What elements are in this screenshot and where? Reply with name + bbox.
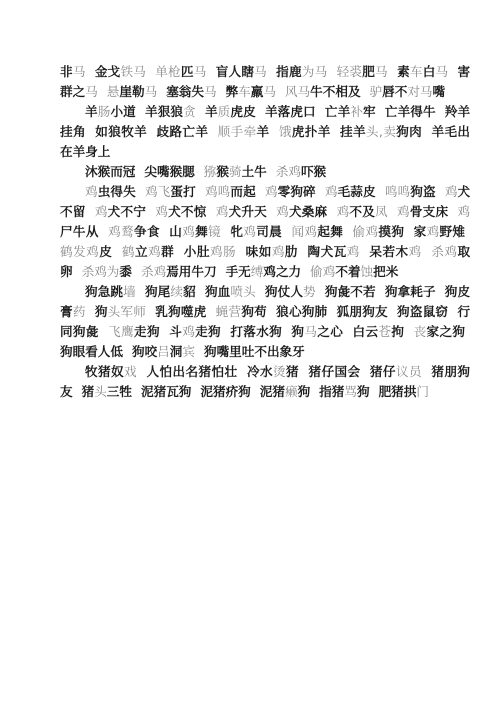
idiom-segment: 黍	[119, 264, 132, 279]
idiom-phrase: 指鹿为马	[276, 64, 327, 79]
idiom-segment: 牧猪奴	[85, 364, 124, 379]
idiom-phrase: 狗血喷头	[205, 284, 256, 299]
paragraph-chicken-idioms: 鸡虫得失 鸡飞蛋打 鸡鸣而起 鸡零狗碎 鸡毛蒜皮 鸣鸣狗盗 鸡犬不留 鸡犬不宁 …	[60, 182, 470, 282]
idiom-segment: 车	[238, 84, 251, 99]
idiom-segment: 烫	[273, 364, 286, 379]
idiom-segment: 家之狗	[427, 324, 465, 339]
idiom-document: 非马 金戈铁马 单枪匹马 盲人瞎马 指鹿为马 轻裘肥马 素车白马 害群之马 悬崖…	[60, 62, 470, 402]
idiom-segment: 狗	[298, 384, 311, 399]
idiom-segment: 鸡之力	[263, 264, 301, 279]
idiom-segment: 素	[397, 64, 410, 79]
idiom-segment: 鸡	[427, 224, 440, 239]
idiom-phrase: 白云苍拘	[353, 324, 405, 339]
idiom-phrase: 鸡犬升天	[216, 204, 267, 219]
idiom-segment: 杀鸡	[276, 164, 301, 179]
idiom-phrase: 狗盗鼠窃	[397, 304, 448, 319]
idiom-phrase: 风马牛不相及	[285, 84, 361, 99]
idiom-segment: 狗咬	[132, 344, 157, 359]
idiom-segment: 苍	[378, 324, 391, 339]
idiom-phrase: 偷鸡摸狗	[353, 224, 405, 239]
idiom-phrase: 冷水烫猪	[247, 364, 299, 379]
idiom-phrase: 斗鸡走狗	[169, 324, 221, 339]
idiom-phrase: 塞翁失马	[166, 84, 216, 99]
idiom-phrase: 轻裘肥马	[337, 64, 388, 79]
idiom-phrase: 小肚鸡肠	[184, 244, 236, 259]
idiom-segment: 鸡	[397, 204, 410, 219]
idiom-segment: 泥猪	[260, 384, 285, 399]
idiom-phrase: 悬崖勒马	[107, 84, 157, 99]
idiom-phrase: 泥猪疥狗	[200, 384, 250, 399]
idiom-segment: 鸡	[243, 224, 256, 239]
idiom-segment: 乳狗噬虎	[155, 304, 206, 319]
idiom-phrase: 呆若木鸡	[369, 244, 421, 259]
idiom-phrase: 金戈铁马	[95, 64, 146, 79]
idiom-segment: 吕	[157, 344, 170, 359]
idiom-phrase: 挂羊头,卖狗肉	[340, 124, 422, 139]
idiom-segment: 缚	[251, 264, 264, 279]
idiom-segment: 狗苟	[241, 304, 267, 319]
idiom-segment: 头军师	[108, 304, 146, 319]
idiom-segment: 鸡	[148, 244, 161, 259]
idiom-segment: 鹤	[122, 244, 135, 259]
idiom-segment: 补	[350, 104, 363, 119]
idiom-segment: 马	[194, 64, 207, 79]
idiom-segment: 鸡	[325, 184, 338, 199]
idiom-segment: 头,卖	[366, 124, 396, 139]
idiom-segment: 鸣鸣	[385, 184, 410, 199]
idiom-phrase: 狗仗人势	[265, 284, 316, 299]
idiom-phrase: 饿虎扑羊	[279, 124, 331, 139]
idiom-segment: 味如	[246, 244, 272, 259]
idiom-segment: 马	[304, 324, 317, 339]
idiom-segment: 鸡鸣	[205, 184, 230, 199]
idiom-phrase: 鸡犬桑麻	[276, 204, 327, 219]
idiom-phrase: 鸡骨支床	[397, 204, 448, 219]
idiom-segment: 鸡鹜	[108, 224, 134, 239]
idiom-segment: 犬不惊	[168, 204, 206, 219]
idiom-segment: 狗急跳	[85, 284, 123, 299]
idiom-segment: 马	[263, 84, 276, 99]
idiom-segment: 毛蒜皮	[338, 184, 376, 199]
idiom-segment: 貂	[183, 284, 196, 299]
idiom-phrase: 山鸡舞镜	[169, 224, 221, 239]
idiom-phrase: 肥猪拱门	[379, 384, 429, 399]
idiom-segment: 鸡	[445, 184, 458, 199]
idiom-segment: 立	[135, 244, 148, 259]
idiom-segment: 驴	[370, 84, 383, 99]
idiom-segment: 斗	[169, 324, 182, 339]
idiom-segment: 把米	[373, 264, 398, 279]
idiom-segment: 嘴	[433, 84, 446, 99]
idiom-phrase: 狗彘不若	[325, 284, 376, 299]
idiom-segment: 三牲	[107, 384, 132, 399]
idiom-phrase: 狗咬吕洞宾	[132, 344, 195, 359]
idiom-phrase: 狗尾续貂	[145, 284, 196, 299]
idiom-segment: 焉用牛刀	[166, 264, 216, 279]
idiom-segment: 狗嘴里吐不出象牙	[204, 344, 305, 359]
idiom-phrase: 羊肠小道	[85, 104, 136, 119]
idiom-phrase: 家鸡野雉	[414, 224, 465, 239]
idiom-segment: 羊落虎口	[265, 104, 316, 119]
idiom-segment: 打落水狗	[230, 324, 282, 339]
idiom-segment: 铁马	[120, 64, 146, 79]
idiom-segment: 狗	[291, 324, 304, 339]
idiom-segment: 匹	[181, 64, 194, 79]
paragraph-monkey-idioms: 沐猴而冠 尖嘴猴腮 猕猴骑土牛 杀鸡吓猴	[60, 162, 470, 182]
idiom-phrase: 沐猴而冠	[85, 164, 135, 179]
idiom-segment: 宾	[182, 344, 195, 359]
idiom-segment: 泥猪疥狗	[200, 384, 250, 399]
idiom-segment: 群	[161, 244, 174, 259]
idiom-segment: 鸡	[155, 204, 168, 219]
idiom-segment: 鸡	[216, 204, 229, 219]
idiom-phrase: 鸡零狗碎	[265, 184, 316, 199]
idiom-segment: 狗拿耗子	[385, 284, 436, 299]
idiom-segment: 而起	[230, 184, 255, 199]
paragraph-dog-idioms: 狗急跳墙 狗尾续貂 狗血喷头 狗仗人势 狗彘不若 狗拿耗子 狗皮膏药 狗头军师 …	[60, 282, 470, 362]
idiom-phrase: 羊落虎口	[265, 104, 316, 119]
idiom-phrase: 亡羊得牛	[385, 104, 436, 119]
idiom-segment: 小肚	[184, 244, 210, 259]
idiom-phrase: 杀鸡焉用牛刀	[141, 264, 217, 279]
idiom-segment: 质	[218, 104, 231, 119]
idiom-segment: 癞	[285, 384, 298, 399]
idiom-segment: 冷水	[247, 364, 273, 379]
idiom-phrase: 素车白马	[397, 64, 448, 79]
idiom-segment: 司晨	[256, 224, 282, 239]
idiom-segment: 弊	[226, 84, 239, 99]
idiom-segment: 马	[436, 64, 449, 79]
idiom-phrase: 猪仔国会	[308, 364, 360, 379]
idiom-phrase: 牧猪奴戏	[85, 364, 137, 379]
idiom-segment: 挂羊	[340, 124, 366, 139]
idiom-segment: 泥猪瓦狗	[141, 384, 191, 399]
idiom-segment: 羸	[251, 84, 264, 99]
idiom-segment: 亡羊	[325, 104, 350, 119]
idiom-phrase: 猪头三牲	[82, 384, 132, 399]
idiom-phrase: 顺手牵羊	[218, 124, 270, 139]
idiom-segment: 鹤发鸡	[60, 244, 99, 259]
idiom-segment: 犬不宁	[108, 204, 146, 219]
idiom-segment: 马	[145, 84, 158, 99]
idiom-segment: 塞翁失	[166, 84, 204, 99]
idiom-segment: 头	[94, 384, 107, 399]
idiom-segment: 杀鸡	[141, 264, 166, 279]
idiom-segment: 狗彘不若	[325, 284, 376, 299]
idiom-segment: 狗血	[205, 284, 230, 299]
idiom-phrase: 歧路亡羊	[156, 124, 208, 139]
idiom-segment: 狗盗鼠窃	[397, 304, 448, 319]
idiom-phrase: 狐朋狗友	[337, 304, 388, 319]
idiom-segment: 犬桑麻	[289, 204, 327, 219]
idiom-segment: 鸡	[85, 184, 98, 199]
idiom-segment: 金戈	[95, 64, 121, 79]
idiom-segment: 鸡	[276, 204, 289, 219]
idiom-segment: 飞鹰	[108, 324, 134, 339]
idiom-phrase: 乳狗噬虎	[155, 304, 206, 319]
idiom-phrase: 羊狠狼贪	[145, 104, 196, 119]
idiom-segment: 风马	[285, 84, 310, 99]
idiom-phrase: 盲人瞎马	[216, 64, 267, 79]
idiom-segment: 墙	[123, 284, 136, 299]
idiom-phrase: 杀鸡为黍	[82, 264, 132, 279]
idiom-segment: 如狼牧羊	[95, 124, 147, 139]
idiom-segment: 续	[170, 284, 183, 299]
idiom-segment: 猪仔	[370, 364, 396, 379]
idiom-segment: 药	[73, 304, 86, 319]
idiom-segment: 沐猴而冠	[85, 164, 135, 179]
idiom-segment: 羊	[257, 124, 270, 139]
idiom-segment: 顺手牵	[218, 124, 257, 139]
idiom-segment: 虫得失	[98, 184, 136, 199]
idiom-segment: 狐朋狗友	[337, 304, 388, 319]
idiom-segment: 猪	[82, 384, 95, 399]
idiom-segment: 鸡	[265, 184, 278, 199]
idiom-segment: 舞	[195, 224, 208, 239]
idiom-segment: 山	[169, 224, 182, 239]
idiom-phrase: 鸡不及凤	[337, 204, 388, 219]
idiom-segment: 鸡飞	[145, 184, 170, 199]
idiom-segment: 鸡	[457, 204, 470, 219]
idiom-segment: 狗仗人	[265, 284, 303, 299]
idiom-segment: 牢	[363, 104, 376, 119]
idiom-segment: 狗	[357, 384, 370, 399]
idiom-segment: 起舞	[317, 224, 343, 239]
paragraph-horse-idioms: 非马 金戈铁马 单枪匹马 盲人瞎马 指鹿为马 轻裘肥马 素车白马 害群之马 悬崖…	[60, 62, 470, 102]
idiom-segment: 为马	[302, 64, 328, 79]
idiom-phrase: 鸡鸣而起	[205, 184, 256, 199]
idiom-segment: 家	[414, 224, 427, 239]
idiom-segment: 猪仔国会	[308, 364, 360, 379]
idiom-phrase: 狗马之心	[291, 324, 343, 339]
idiom-segment: 对马	[407, 84, 432, 99]
idiom-segment: 猕	[204, 164, 217, 179]
idiom-segment: 不及	[349, 204, 375, 219]
idiom-segment: 势	[303, 284, 316, 299]
idiom-phrase: 单枪匹马	[155, 64, 206, 79]
idiom-phrase: 味如鸡肋	[246, 244, 298, 259]
idiom-segment: 尖嘴猴腮	[144, 164, 194, 179]
idiom-segment: 白	[423, 64, 436, 79]
idiom-phrase: 鹤立鸡群	[122, 244, 174, 259]
idiom-phrase: 狗头军师	[95, 304, 146, 319]
idiom-segment: 马	[254, 64, 267, 79]
idiom-segment: 马	[204, 84, 217, 99]
idiom-segment: 饿	[279, 124, 292, 139]
idiom-segment: 零狗碎	[278, 184, 316, 199]
idiom-segment: 狗	[95, 304, 108, 319]
idiom-segment: 羊	[85, 104, 98, 119]
idiom-segment: 鸡	[409, 244, 422, 259]
idiom-segment: 偷鸡	[310, 264, 335, 279]
idiom-phrase: 飞鹰走狗	[108, 324, 160, 339]
idiom-segment: 骨支床	[410, 204, 448, 219]
idiom-segment: 鸡	[272, 244, 285, 259]
idiom-phrase: 鸡毛蒜皮	[325, 184, 376, 199]
idiom-segment: 喷头	[230, 284, 255, 299]
idiom-segment: 拘	[391, 324, 404, 339]
idiom-segment: 单枪	[155, 64, 181, 79]
idiom-segment: 崖勒	[119, 84, 144, 99]
idiom-segment: 蛋打	[170, 184, 195, 199]
idiom-segment: 走狗	[195, 324, 221, 339]
idiom-segment: 杀鸡为	[82, 264, 120, 279]
idiom-phrase: 鹤发鸡皮	[60, 244, 112, 259]
idiom-segment: 人怕出名猪怕壮	[146, 364, 237, 379]
idiom-segment: 牛不相及	[310, 84, 360, 99]
idiom-segment: 陶犬瓦	[308, 244, 347, 259]
idiom-segment: 歧路亡羊	[156, 124, 208, 139]
idiom-segment: 盲人瞎	[216, 64, 254, 79]
idiom-phrase: 泥猪癞狗	[260, 384, 310, 399]
idiom-phrase: 打落水狗	[230, 324, 282, 339]
idiom-segment: 狼心狗肺	[276, 304, 327, 319]
idiom-phrase: 偷鸡不着蚀把米	[310, 264, 398, 279]
idiom-segment: 土牛	[242, 164, 267, 179]
idiom-segment: 门	[416, 384, 429, 399]
idiom-phrase: 如狼牧羊	[95, 124, 147, 139]
idiom-phrase: 狗急跳墙	[85, 284, 136, 299]
idiom-phrase: 狼心狗肺	[276, 304, 327, 319]
idiom-segment: 鸡肠	[210, 244, 236, 259]
idiom-segment: 唇不	[382, 84, 407, 99]
idiom-phrase: 鸡犬不惊	[155, 204, 206, 219]
idiom-phrase: 手无缚鸡之力	[226, 264, 302, 279]
idiom-segment: 狗盗	[410, 184, 435, 199]
idiom-segment: 丧	[414, 324, 427, 339]
idiom-segment: 戏	[124, 364, 137, 379]
paragraph-sheep-idioms: 羊肠小道 羊狠狼贪 羊质虎皮 羊落虎口 亡羊补牢 亡羊得牛 羚羊挂角 如狼牧羊 …	[60, 102, 470, 162]
idiom-segment: 闻鸡	[291, 224, 317, 239]
idiom-segment: 狗肉	[396, 124, 422, 139]
idiom-segment: 肥	[362, 64, 375, 79]
idiom-segment: 悬	[107, 84, 120, 99]
idiom-segment: 镜	[208, 224, 221, 239]
idiom-segment: 车	[410, 64, 423, 79]
idiom-segment: 贪	[183, 104, 196, 119]
idiom-segment: 羊	[205, 104, 218, 119]
idiom-segment: 骂	[344, 384, 357, 399]
idiom-segment: 鸡	[347, 244, 360, 259]
idiom-segment: 指鹿	[276, 64, 302, 79]
idiom-phrase: 丧家之狗	[414, 324, 465, 339]
idiom-segment: 马	[375, 64, 388, 79]
idiom-segment: 肋	[285, 244, 298, 259]
idiom-segment: 猪	[286, 364, 299, 379]
idiom-phrase: 杀鸡吓猴	[276, 164, 326, 179]
idiom-phrase: 猕猴骑土牛	[204, 164, 267, 179]
idiom-segment: 杀鸡	[431, 244, 457, 259]
idiom-phrase: 狗拿耗子	[385, 284, 436, 299]
idiom-phrase: 蝇营狗苟	[216, 304, 267, 319]
idiom-segment: 争食	[134, 224, 160, 239]
idiom-segment: 之心	[317, 324, 343, 339]
idiom-segment: 蝇营	[216, 304, 242, 319]
idiom-segment: 牝	[230, 224, 243, 239]
idiom-phrase: 指猪骂狗	[319, 384, 369, 399]
idiom-segment: 非	[60, 64, 73, 79]
idiom-phrase: 陶犬瓦鸡	[308, 244, 360, 259]
idiom-phrase: 人怕出名猪怕壮	[146, 364, 237, 379]
idiom-segment: 虎皮	[230, 104, 255, 119]
idiom-segment: 洞	[170, 344, 183, 359]
idiom-phrase: 狗眼看人低	[60, 344, 123, 359]
idiom-segment: 狗尾	[145, 284, 170, 299]
idiom-phrase: 牝鸡司晨	[230, 224, 282, 239]
idiom-segment: 亡羊得牛	[385, 104, 436, 119]
idiom-segment: 偷鸡	[353, 224, 379, 239]
idiom-segment: 野雉	[440, 224, 466, 239]
idiom-segment: 吓猴	[301, 164, 326, 179]
idiom-phrase: 尖嘴猴腮	[144, 164, 194, 179]
idiom-segment: 鸡	[182, 224, 195, 239]
idiom-phrase: 鸡虫得失	[85, 184, 136, 199]
idiom-segment: 摸狗	[378, 224, 404, 239]
idiom-segment: 小道	[110, 104, 135, 119]
idiom-segment: 骑	[229, 164, 242, 179]
idiom-segment: 犬升天	[229, 204, 267, 219]
idiom-segment: 肠	[98, 104, 111, 119]
idiom-segment: 蚀	[361, 264, 374, 279]
idiom-phrase: 泥猪瓦狗	[141, 384, 191, 399]
idiom-phrase: 羊质虎皮	[205, 104, 256, 119]
idiom-segment: 尸牛从	[60, 224, 99, 239]
idiom-phrase: 鸣鸣狗盗	[385, 184, 436, 199]
idiom-phrase: 弊车羸马	[226, 84, 276, 99]
idiom-segment: 鸡	[182, 324, 195, 339]
idiom-segment: 肥猪拱	[379, 384, 417, 399]
idiom-segment: 指猪	[319, 384, 344, 399]
idiom-phrase: 闻鸡起舞	[291, 224, 343, 239]
idiom-phrase: 狗嘴里吐不出象牙	[204, 344, 305, 359]
idiom-phrase: 鸡犬不宁	[95, 204, 146, 219]
idiom-segment: 凤	[375, 204, 388, 219]
idiom-segment: 虎扑羊	[292, 124, 331, 139]
idiom-segment: 马	[85, 84, 98, 99]
idiom-phrase: 亡羊补牢	[325, 104, 376, 119]
idiom-segment: 走狗	[134, 324, 160, 339]
idiom-segment: 鸡	[95, 204, 108, 219]
idiom-segment: 猴	[216, 164, 229, 179]
idiom-segment: 狗眼看人低	[60, 344, 123, 359]
idiom-segment: 皮	[99, 244, 112, 259]
idiom-segment: 议员	[396, 364, 422, 379]
paragraph-pig-idioms: 牧猪奴戏 人怕出名猪怕壮 冷水烫猪 猪仔国会 猪仔议员 猪朋狗友 猪头三牲 泥猪…	[60, 362, 470, 402]
idiom-segment: 马	[73, 64, 86, 79]
idiom-segment: 鸡	[337, 204, 350, 219]
idiom-segment: 白云	[353, 324, 379, 339]
idiom-phrase: 猪仔议员	[370, 364, 422, 379]
idiom-phrase: 鸡鹜争食	[108, 224, 160, 239]
idiom-phrase: 驴唇不对马嘴	[370, 84, 446, 99]
idiom-phrase: 鸡飞蛋打	[145, 184, 196, 199]
idiom-segment: 手无	[226, 264, 251, 279]
idiom-segment: 不着	[335, 264, 360, 279]
idiom-segment: 轻裘	[337, 64, 363, 79]
idiom-segment: 羊狠狼	[145, 104, 183, 119]
idiom-phrase: 非马	[60, 64, 86, 79]
idiom-segment: 呆若木	[369, 244, 408, 259]
